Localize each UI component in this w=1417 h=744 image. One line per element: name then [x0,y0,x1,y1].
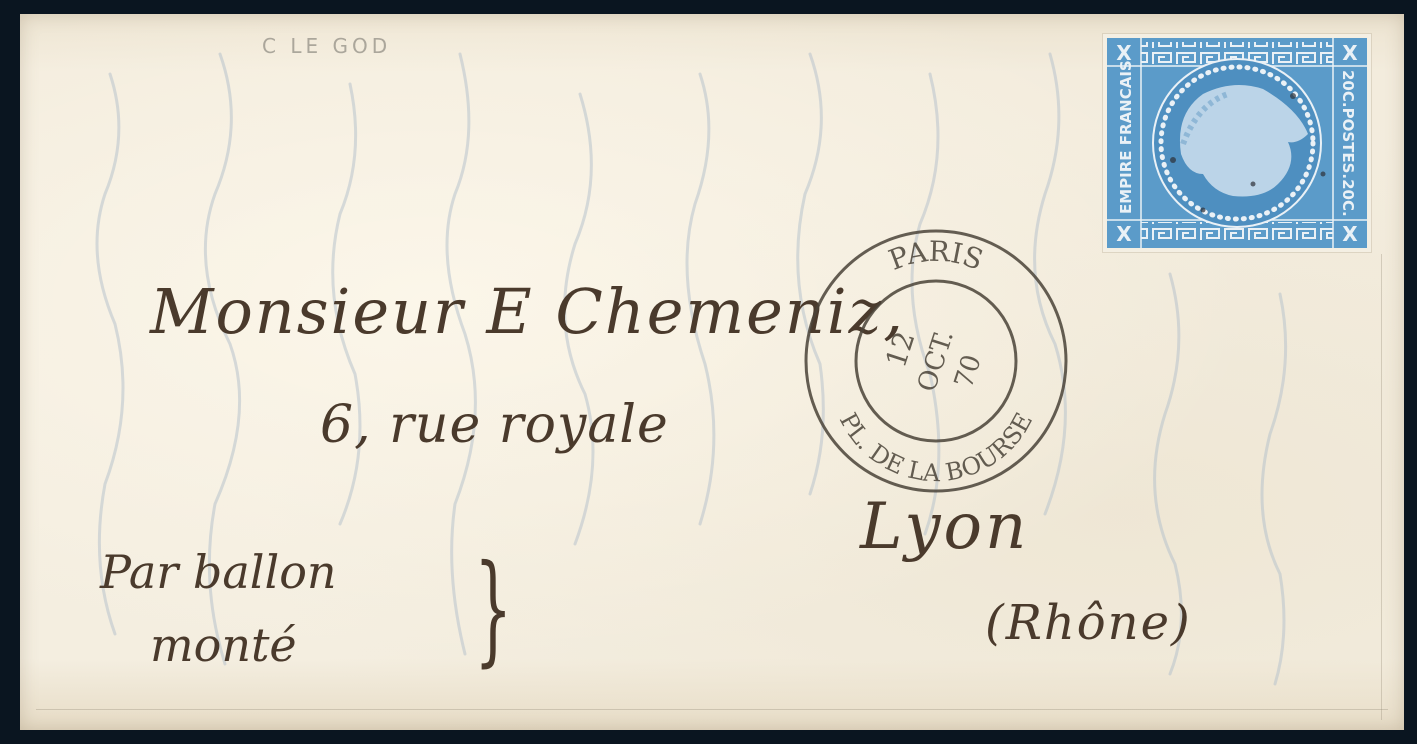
postmark: PARIS PL. DE LA BOURSE 12 OCT. 70 [800,225,1072,497]
postmark-day: 12 [879,327,921,371]
stamp-corner-br: X [1342,222,1358,246]
address-region: (Rhône) [985,595,1192,651]
stamp-right-text: 20C.POSTES.20C. [1339,70,1357,217]
stamp-corner-tr: X [1342,41,1358,65]
stamp-left-text: EMPIRE FRANCAIS [1117,60,1135,214]
postmark-month: OCT. [912,326,960,395]
address-street: 6, rue royale [320,395,669,455]
postage-stamp: X X X X EMPIRE FRANCAIS 20C.POSTES.20C. [1103,34,1371,252]
postmark-top-text: PARIS [884,235,987,277]
address-city: Lyon [860,490,1029,564]
brace-mark: } [474,540,512,679]
routing-note-line2: monté [150,618,297,672]
svg-text:PL. DE LA BOURSE: PL. DE LA BOURSE [834,408,1038,487]
fold-line [36,709,1388,710]
flap-edge [1381,254,1382,720]
pencil-note: C LE GOD [262,34,391,58]
svg-text:PARIS: PARIS [884,235,987,277]
postmark-year: 70 [949,351,988,392]
routing-note-line1: Par ballon [100,545,337,599]
addressee-name: Monsieur E Chemeniz, [150,275,905,348]
postmark-bottom-text: PL. DE LA BOURSE [834,408,1038,487]
stamp-corner-bl: X [1116,222,1132,246]
